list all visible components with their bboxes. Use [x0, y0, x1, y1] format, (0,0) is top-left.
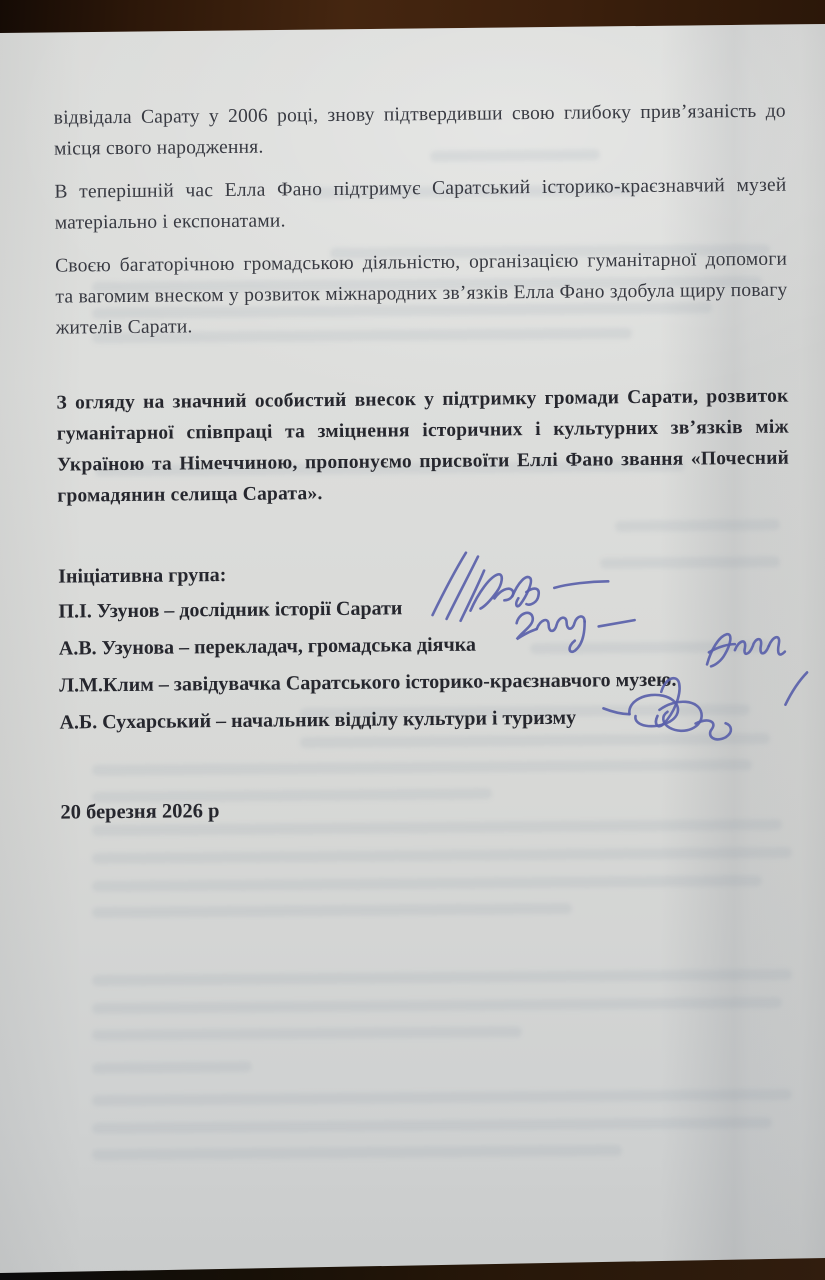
document-text: відвідала Сарату у 2006 році, знову підт… [0, 0, 825, 825]
paragraph-continuation: відвідала Сарату у 2006 році, знову підт… [54, 96, 787, 165]
ghost-text-line [92, 969, 792, 986]
ghost-text-line [92, 875, 762, 892]
ghost-text-line [92, 997, 782, 1014]
signatory-row: Л.М.Клим – завідувачка Саратського істор… [59, 660, 791, 703]
ghost-text-line [92, 1089, 792, 1106]
paragraph-public-activity: Своєю багаторічною громадською діяльніст… [55, 244, 788, 344]
signatory-row: П.І. Узунов – дослідник історії Сарати [58, 586, 790, 629]
photo-scene: відвідала Сарату у 2006 році, знову підт… [0, 0, 825, 1280]
document-page: відвідала Сарату у 2006 році, знову підт… [0, 0, 825, 1280]
signatory-name: А.Б. Сухарський – начальник відділу куль… [59, 699, 576, 735]
signatory-row: А.В. Узунова – перекладач, громадська ді… [59, 623, 791, 666]
ghost-text-line [92, 903, 572, 918]
signatory-row: А.Б. Сухарський – начальник відділу куль… [59, 697, 791, 740]
ghost-text-line [92, 1117, 772, 1134]
signatory-name: П.І. Узунов – дослідник історії Сарати [58, 589, 402, 623]
signatory-name: Л.М.Клим – завідувачка Саратського істор… [59, 661, 676, 698]
paragraph-current-support: В теперішній час Елла Фано підтримує Сар… [54, 170, 787, 239]
paragraph-proposal: З огляду на значний особистий внесок у п… [56, 381, 789, 512]
ghost-text-line [92, 1061, 252, 1073]
ghost-text-line [92, 1026, 522, 1041]
signatory-name: А.В. Узунова – перекладач, громадська ді… [59, 626, 476, 661]
ghost-text-line [92, 1145, 622, 1161]
ghost-text-line [92, 847, 792, 864]
